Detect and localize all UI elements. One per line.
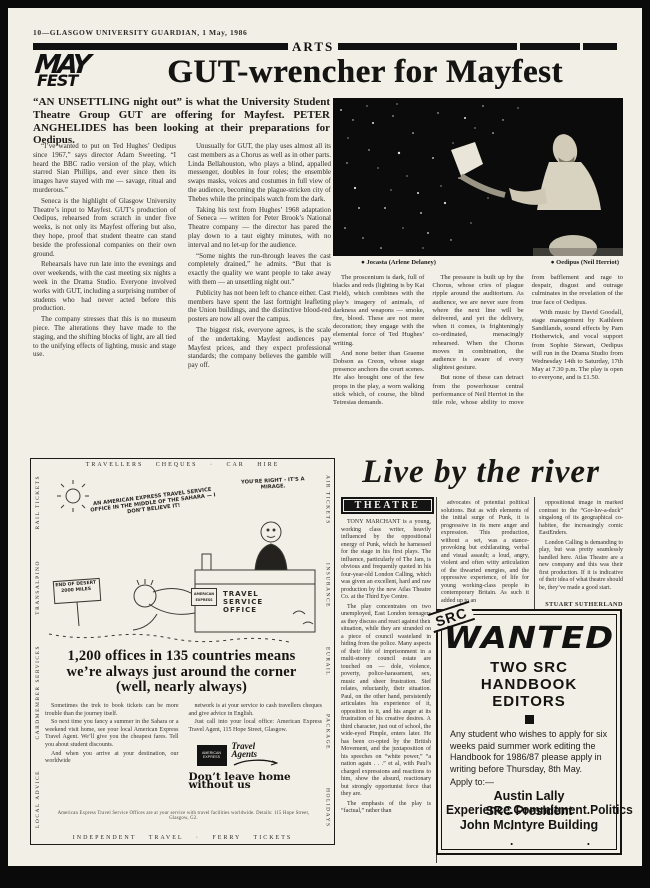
rule-segment [338,43,517,50]
rule-segment [33,43,288,50]
article-headline: GUT-wrencher for Mayfest [111,54,619,91]
square-bullet-icon [525,715,534,724]
src-body-text: Any student who wishes to apply for six … [450,729,608,775]
article-paragraph: Seneca is the highlight of Glasgow Unive… [33,197,176,259]
ad-border-bottom: INDEPENDENT TRAVEL · FERRY TICKETS [45,835,320,841]
review-column-3: oppositional image in marked contrast to… [539,500,623,608]
review-paragraph: TONY MARCHANT is a young, working class … [341,519,431,602]
travel-agents-word: Agents [232,750,278,758]
amex-card: AMERICAN EXPRESS [191,588,217,606]
travel-desk-sign: TRAVEL SERVICE OFFICE [223,590,287,614]
ad-body-col-2: network is at your service to cash trave… [189,703,323,790]
review-paragraph: London Calling is demanding to play, but… [539,540,623,593]
ad-smallprint: American Express Travel Service Offices … [55,811,312,821]
rule-segment [583,43,617,50]
article-paragraph: Rehearsals have run late into the evenin… [33,260,176,313]
photo-captions: ● Jocasta (Arlene Delaney) ● Oedipus (Ne… [333,259,623,266]
article-paragraph: The proscenium is dark, full of blacks a… [333,274,424,348]
review-paragraph: The play concentrates on two unemployed,… [341,604,431,799]
amex-box-logo: AMERICAN EXPRESS [197,745,227,766]
column-rule [534,497,535,609]
ad-paragraph: network is at your service to cash trave… [189,703,323,718]
stage-photo [333,98,623,256]
src-footer: Experience . . . Commitment . . . Politi… [446,802,612,848]
photo-caption-oedipus: ● Oedipus (Neil Herriot) [551,259,619,266]
theatre-kicker-label: THEATRE [343,499,432,512]
article-columns-left: “I’ve wanted to put on Ted Hughes’ Oedip… [33,142,331,458]
src-footer-word: Commitment [513,802,586,848]
ad-border-word: TRANSALPINO [35,560,41,615]
ad-paragraph: So next time you fancy a summer in the S… [45,719,179,749]
ad-headline: 1,200 offices in 135 countries means we’… [39,649,324,696]
rule-segment [520,43,580,50]
review-byline: STUART SUTHERLAND [539,601,623,609]
article-paragraph: The company stresses that this is no mus… [33,315,176,359]
article-paragraph: “Some nights the run-through leaves the … [188,252,331,287]
src-subheading: TWO SRC HANDBOOK EDITORS [450,659,608,710]
article-paragraph: And none better than Graeme Dobson as Cr… [333,350,424,407]
article-paragraph: The biggest risk, everyone agrees, is th… [188,326,331,370]
wanted-headline: WANTED [441,621,618,656]
arts-section-bar: ARTS [33,42,617,51]
newspaper-scan: { "colors": { "paper": "#f2efe7", "ink":… [0,0,650,888]
review-paragraph: advocates of potential political solutio… [441,500,529,605]
src-subheading-line: EDITORS [450,693,608,710]
ad-body-col-1: Sometimes the trek to book tickets can b… [45,703,179,790]
ad-slogan: Don’t leave home without us [189,774,323,789]
travel-agents-logo: Travel Agents [232,742,278,768]
ad-headline-line: (well, nearly always) [39,680,324,696]
src-subheading-line: TWO SRC [450,659,608,676]
ad-border-word: LOCAL ADVICE [35,770,41,828]
src-footer-word: Politics [590,802,633,848]
ad-headline-line: 1,200 offices in 135 countries means [39,649,324,665]
ad-border-word: PACKAGE [325,714,331,750]
article-paragraph: Publicity has not been left to chance ei… [188,289,331,324]
article-columns-right: The proscenium is dark, full of blacks a… [333,274,623,462]
review-headline: Live by the river [340,454,622,491]
ad-paragraph: And when you arrive at your destination,… [45,751,179,766]
article-paragraph: “I’ve wanted to put on Ted Hughes’ Oedip… [33,142,176,195]
newspaper-page: 10—GLASGOW UNIVERSITY GUARDIAN, 1 May, 1… [8,8,642,866]
article-standfirst: “AN UNSETTLING night out” is what the Un… [33,96,330,147]
review-column-2: advocates of potential political solutio… [441,500,529,606]
ad-border-word: INSURANCE [325,563,331,608]
amex-advert: TRAVELLERS CHEQUES · CAR HIRE INDEPENDEN… [30,458,335,845]
src-subheading-line: HANDBOOK [450,676,608,693]
mayfest-logo: MAY FEST [35,50,115,100]
ad-border-word: EURAIL [325,647,331,676]
src-advert-inner: SRC WANTED TWO SRC HANDBOOK EDITORS Any … [441,614,617,850]
src-apply-label: Apply to:— [450,777,608,787]
ad-border-word: AIR TICKETS [325,475,331,525]
desert-cartoon: An American Express travel service offic… [45,474,320,646]
swoosh-icon [232,758,278,767]
article-paragraph: Unusually for GUT, the play uses almost … [188,142,331,204]
article-paragraph: Taking his text from Hughes’ 1968 adapta… [188,206,331,250]
arts-label: ARTS [288,42,338,51]
src-footer-word: Experience [446,802,510,848]
src-advert: SRC WANTED TWO SRC HANDBOOK EDITORS Any … [436,609,622,855]
article-paragraph: With music by David Goodall, stage manag… [532,309,623,383]
ad-headline-line: we’re always just around the corner [39,665,324,681]
photo-caption-jocasta: ● Jocasta (Arlene Delaney) [361,259,436,266]
review-paragraph: The emphasis of the play is “factual,” r… [341,801,431,816]
ad-body: Sometimes the trek to book tickets can b… [45,703,322,790]
ad-border-top: TRAVELLERS CHEQUES · CAR HIRE [45,462,320,468]
masthead: 10—GLASGOW UNIVERSITY GUARDIAN, 1 May, 1… [33,28,247,37]
ad-border-word: RAIL TICKETS [35,475,41,530]
review-paragraph: oppositional image in marked contrast to… [539,500,623,538]
article-paragraph: The pressure is built up by the Chorus, … [432,274,523,372]
review-column-1: TONY MARCHANT is a young, working class … [341,519,431,863]
amex-logo: AMERICAN EXPRESS Travel Agents [197,742,323,768]
ad-paragraph: Sometimes the trek to book tickets can b… [45,703,179,718]
ad-border-word: HOLIDAYS [325,788,331,828]
theatre-kicker: THEATRE [341,497,434,514]
ad-paragraph: Just call into your local office: Americ… [189,719,323,734]
stage-photo-image [333,98,623,256]
mayfest-logo-line1: MAY [33,50,116,80]
